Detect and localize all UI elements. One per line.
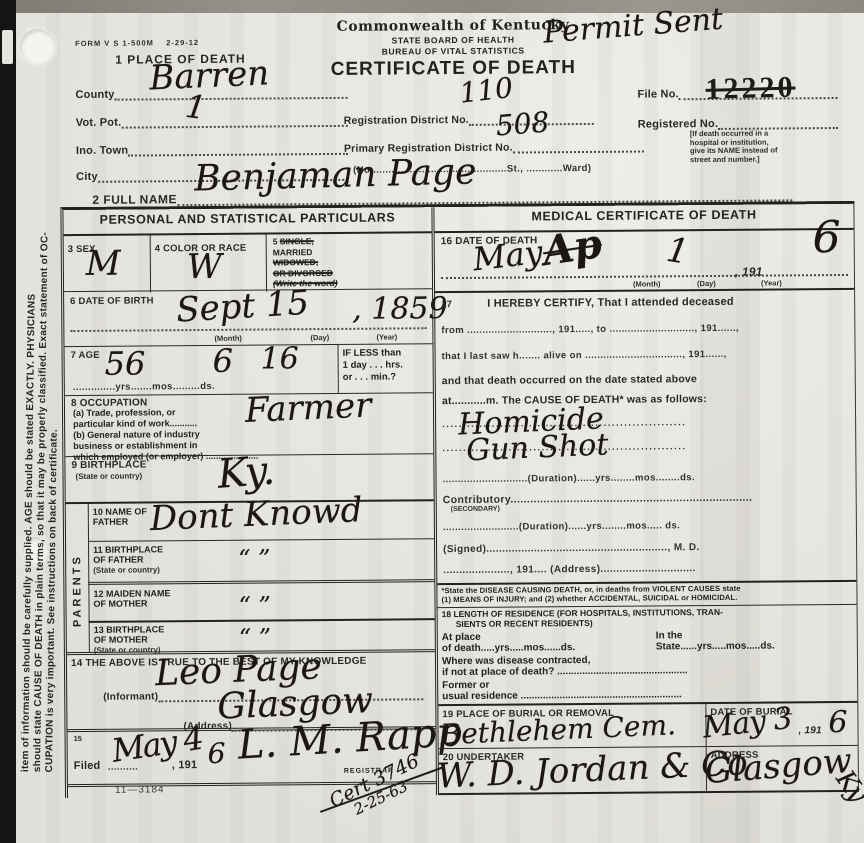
- form-revision-date: 2-29-12: [166, 38, 199, 47]
- scan-top-edge: [0, 0, 864, 13]
- if-less-line: 1 day . . . hrs.: [343, 359, 403, 370]
- filed-year-printed: , 191: [172, 759, 198, 771]
- former-line: Former or: [442, 680, 489, 691]
- signed-row: (Signed)................................…: [437, 537, 856, 563]
- certificate-sheet: FORM V S 1-500M 2-29-12 1 PLACE OF DEATH…: [57, 13, 858, 807]
- film-notch: [2, 30, 13, 64]
- marital-single: SINGLE,: [280, 236, 314, 246]
- occupation-row: 8 OCCUPATION (a) Trade, profession, or p…: [65, 393, 433, 457]
- burial-place-cell: 19 PLACE OF BURIAL OR REMOVAL Bethlehem …: [438, 704, 705, 748]
- at-place-lines: At place of death.....yrs.....mos......d…: [442, 631, 576, 654]
- at-place-line: of death.....yrs.....mos......ds.: [442, 642, 575, 654]
- residence-label-line: SIENTS OR RECENT RESIDENTS): [442, 617, 593, 628]
- occupation-b-line: business or establishment in: [73, 440, 197, 451]
- dod-day-label: (Day): [697, 279, 716, 288]
- medical-column: MEDICAL CERTIFICATE OF DEATH 16 DATE OF …: [431, 204, 858, 795]
- if-less-line: or . . . min.?: [343, 371, 396, 382]
- undertaker-cell: 20 UNDERTAKER W. D. Jordan & Co: [439, 747, 706, 793]
- marital-divorced: OR DIVORCED: [273, 267, 333, 277]
- form-number: FORM V S 1-500M 2-29-12: [75, 38, 199, 48]
- residence-block: 18 LENGTH OF RESIDENCE (FOR HOSPITALS, I…: [438, 605, 858, 706]
- former-residence-lines: Former or usual residence ..............…: [442, 678, 682, 702]
- father-birthplace-label-line: OF FATHER: [93, 554, 143, 564]
- mother-birthplace-label-line: OF MOTHER: [94, 634, 148, 644]
- father-birthplace-label-line: 11 BIRTHPLACE: [93, 544, 163, 555]
- age-label: 7 AGE: [71, 350, 100, 361]
- dod-year-digit-handwriting: 6: [812, 212, 840, 263]
- plate-number: 11—3184: [115, 784, 165, 795]
- filed-year-digit-handwriting: 6: [208, 737, 226, 770]
- dod-day-handwriting: 1: [664, 230, 692, 273]
- footnote: *State the DISEASE CAUSING DEATH, or, in…: [441, 584, 740, 604]
- certify-statement: I HEREBY CERTIFY, That I attended deceas…: [487, 296, 734, 310]
- parents-block: PARENTS 10 NAME OF FATHER Dont Knowd 11 …: [66, 501, 435, 655]
- contracted-line: if not at place of death? ..............…: [442, 665, 688, 678]
- dod-year-label: (Year): [761, 278, 782, 287]
- scan-left-edge: [0, 0, 16, 843]
- father-birthplace-row: 11 BIRTHPLACE OF FATHER (State or countr…: [88, 539, 434, 585]
- certify-from-line: from ............................, 191..…: [441, 322, 851, 336]
- burial-row: 19 PLACE OF BURIAL OR REMOVAL Bethlehem …: [438, 703, 857, 749]
- ino-town-leader: [128, 139, 348, 156]
- hole-punch-top: [20, 29, 55, 64]
- mother-name-ditto: “ ”: [238, 591, 270, 619]
- dod-month-label: (Month): [633, 279, 661, 288]
- certify-occurred-line: and that death occurred on the date stat…: [442, 373, 697, 387]
- occupation-b-line: (b) General nature of industry: [73, 429, 200, 440]
- burial-date-cell: DATE OF BURIAL , 191 May 3 6: [705, 703, 857, 746]
- occupation-a-line: (a) Trade, profession, or: [73, 407, 176, 418]
- cause-of-death-handwriting-2: Gun Shot: [466, 427, 610, 468]
- contracted-lines: Where was disease contracted, if not at …: [442, 654, 688, 678]
- in-the-state-lines: In the State......yrs.....mos.....ds.: [656, 630, 775, 653]
- dod-month-handwriting: May: [471, 233, 545, 279]
- father-name-label-line: FATHER: [93, 517, 128, 527]
- race-handwriting: W: [187, 247, 222, 287]
- medical-section-title: MEDICAL CERTIFICATE OF DEATH: [434, 204, 853, 233]
- at-place-line: At place: [442, 632, 481, 643]
- day-label: (Day): [310, 333, 329, 342]
- certificate-title: CERTIFICATE OF DEATH: [319, 57, 587, 81]
- personal-section-title: PERSONAL AND STATISTICAL PARTICULARS: [63, 207, 431, 236]
- parents-label: PARENTS: [71, 537, 84, 627]
- scanned-death-certificate: item of information should be carefully …: [0, 0, 864, 843]
- father-birthplace-sublabel: (State or country): [93, 565, 160, 575]
- mother-birthplace-label: 13 BIRTHPLACE OF MOTHER (State or countr…: [94, 624, 165, 656]
- year-label: (Year): [376, 332, 397, 341]
- city-label: City: [76, 170, 98, 182]
- contributory-line: Contributory............................…: [443, 491, 853, 506]
- in-the-line: In the: [656, 630, 683, 641]
- date-of-birth-row: 6 DATE OF BIRTH (Month) (Day) (Year) Sep…: [64, 289, 432, 347]
- duration-line: ............................(Duration)..…: [443, 471, 853, 485]
- certify-last-saw-line: that I last saw h....... alive on ......…: [442, 348, 852, 362]
- marital-widowed: WIDOWED,: [273, 257, 318, 267]
- occupation-a-line: particular kind of work...........: [73, 418, 197, 429]
- filed-label: Filed: [74, 760, 101, 772]
- primary-district-row: Primary Registration District No.: [344, 137, 644, 155]
- duration-line-2: .........................(Duration).....…: [443, 519, 853, 533]
- personal-column: PERSONAL AND STATISTICAL PARTICULARS 3 S…: [63, 207, 436, 798]
- certify-number: 17: [441, 299, 452, 310]
- age-years-handwriting: 56: [104, 344, 145, 382]
- parents-strip: PARENTS: [66, 504, 90, 652]
- full-name-handwriting: Benjaman Page: [194, 151, 477, 199]
- age-row: 7 AGE ..............yrs.......mos.......…: [64, 344, 432, 396]
- hospital-note-line: street and number.]: [690, 154, 842, 164]
- dob-leader: [70, 327, 426, 332]
- father-birthplace-ditto: “ ”: [238, 544, 270, 572]
- occupation-handwriting: Farmer: [244, 385, 372, 430]
- county-label: County: [75, 88, 114, 100]
- residence-label: 18 LENGTH OF RESIDENCE (FOR HOSPITALS, I…: [442, 608, 723, 629]
- registered-no-row: Registered No.: [638, 113, 838, 130]
- file-no-stamp: 12220: [705, 71, 796, 107]
- marital-number: 5: [273, 236, 278, 246]
- birthplace-label: 9 BIRTHPLACE: [71, 459, 146, 471]
- marital-cell: 5 SINGLE, MARRIED WIDOWED, OR DIVORCED (…: [266, 233, 432, 291]
- dod-crossed-out-handwriting: Ap: [540, 220, 605, 275]
- signed-line: (Signed)................................…: [443, 541, 853, 555]
- registration-district-row: Registration District No.: [344, 109, 594, 127]
- marital-married: MARRIED: [273, 247, 313, 257]
- ino-town-row: Ino. Town: [76, 139, 348, 157]
- race-cell: 4 COLOR OR RACE W: [150, 235, 266, 292]
- vot-pot-leader: [121, 111, 348, 128]
- father-name-label-line: 10 NAME OF: [93, 506, 147, 516]
- vot-pot-row: Vot. Pot.: [76, 111, 348, 129]
- sex-cell: 3 SEX M: [64, 235, 150, 292]
- dod-year-printed: , 191: [735, 265, 763, 279]
- age-months-handwriting: 6: [212, 342, 233, 380]
- father-name-label: 10 NAME OF FATHER: [93, 506, 147, 526]
- mother-name-label-line: OF MOTHER: [93, 598, 147, 608]
- if-less-line: IF LESS than: [343, 347, 402, 358]
- date-of-death-row: 16 DATE OF DEATH (Month) (Day) (Year) , …: [435, 230, 854, 293]
- sex-race-marital-row: 3 SEX M 4 COLOR OR RACE W 5 SINGLE, MARR…: [64, 233, 432, 292]
- file-no-label: File No.: [637, 88, 678, 100]
- burial-year-printed: , 191: [798, 725, 821, 736]
- registration-district-handwriting: 110: [458, 71, 515, 110]
- footnote-line: (1) MEANS OF INJURY; and (2) whether ACC…: [441, 593, 737, 604]
- dob-label: 6 DATE OF BIRTH: [70, 295, 154, 307]
- father-name-handwriting: Dont Knowd: [149, 490, 363, 539]
- undertaker-address-cell: ADDRESS Glasgow Ky: [706, 746, 858, 791]
- date-address-line: ....................., 191.... (Address)…: [443, 562, 853, 576]
- primary-district-handwriting: 508: [495, 105, 551, 142]
- mother-name-label: 12 MAIDEN NAME OF MOTHER: [93, 588, 170, 609]
- former-line: usual residence ........................…: [442, 689, 682, 702]
- mother-name-row: 12 MAIDEN NAME OF MOTHER “ ”: [88, 582, 434, 623]
- in-the-line: State......yrs.....mos.....ds.: [656, 641, 775, 653]
- county-handwriting: Barren: [149, 53, 270, 98]
- undertaker-row: 20 UNDERTAKER W. D. Jordan & Co ADDRESS …: [439, 746, 858, 795]
- certify-block: 17 I HEREBY CERTIFY, That I attended dec…: [435, 290, 855, 468]
- footnote-row: *State the DISEASE CAUSING DEATH, or, in…: [437, 582, 856, 608]
- contributory-row: Contributory............................…: [437, 489, 856, 516]
- filed-number: 15: [74, 734, 82, 743]
- secondary-label: (SECONDARY): [451, 506, 500, 513]
- birthplace-handwriting: Ky.: [216, 448, 277, 498]
- duration-row-2: .........................(Duration).....…: [437, 513, 856, 540]
- full-name-label: 2 FULL NAME: [92, 192, 177, 207]
- vot-pot-label: Vot. Pot.: [76, 116, 122, 128]
- father-name-row: 10 NAME OF FATHER Dont Knowd: [88, 501, 434, 542]
- ino-town-label: Ino. Town: [76, 144, 128, 156]
- registration-district-label: Registration District No.: [344, 113, 469, 126]
- informant-label: (Informant): [103, 691, 158, 702]
- form-number-text: FORM V S 1-500M: [75, 38, 154, 48]
- hospital-note: [If death occurred in a hospital or inst…: [690, 129, 842, 164]
- age-days-handwriting: 16: [260, 341, 298, 376]
- father-birthplace-label: 11 BIRTHPLACE OF FATHER (State or countr…: [93, 544, 163, 576]
- mother-name-label-line: 12 MAIDEN NAME: [93, 588, 170, 599]
- mother-birthplace-label-line: 13 BIRTHPLACE: [94, 624, 165, 635]
- burial-year-digit-handwriting: 6: [828, 705, 847, 740]
- parents-rows: 10 NAME OF FATHER Dont Knowd 11 BIRTHPLA…: [88, 501, 435, 652]
- birthplace-sublabel: (State or country): [75, 471, 142, 481]
- age-cell: 7 AGE ..............yrs.......mos.......…: [64, 345, 337, 395]
- certificate-body-table: PERSONAL AND STATISTICAL PARTICULARS 3 S…: [60, 201, 859, 798]
- duration-row: ............................(Duration)..…: [436, 465, 855, 492]
- sex-handwriting: M: [86, 244, 121, 284]
- registered-no-leader: [718, 113, 838, 130]
- dob-handwriting: Sept 15: [175, 283, 310, 331]
